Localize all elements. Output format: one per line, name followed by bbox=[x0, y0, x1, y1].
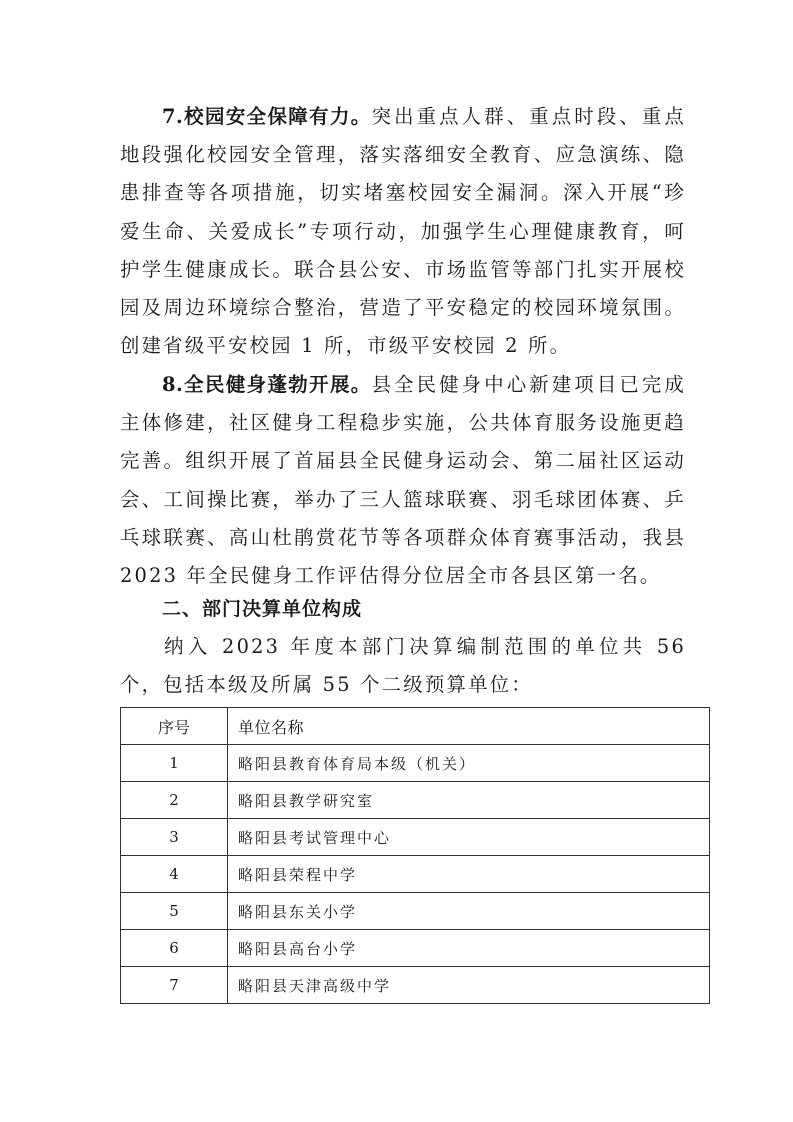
table-row: 1 略阳县教育体育局本级（机关） bbox=[121, 745, 710, 782]
cell-index: 5 bbox=[121, 893, 228, 930]
cell-unit-name: 略阳县教育体育局本级（机关） bbox=[228, 745, 710, 782]
cell-index: 6 bbox=[121, 930, 228, 967]
paragraph-campus-safety: 7.校园安全保障有力。突出重点人群、重点时段、重点地段强化校园安全管理，落实落细… bbox=[120, 98, 686, 365]
section-heading: 二、部门决算单位构成 bbox=[162, 594, 362, 621]
paragraph-title: 8.全民健身蓬勃开展。 bbox=[162, 373, 372, 396]
table-row: 7 略阳县天津高级中学 bbox=[121, 967, 710, 1004]
paragraph-title: 7.校园安全保障有力。 bbox=[162, 105, 372, 128]
document-page: 7.校园安全保障有力。突出重点人群、重点时段、重点地段强化校园安全管理，落实落细… bbox=[0, 0, 793, 1122]
cell-index: 4 bbox=[121, 856, 228, 893]
table-row: 2 略阳县教学研究室 bbox=[121, 782, 710, 819]
header-index: 序号 bbox=[121, 708, 228, 745]
paragraph-intro: 纳入 2023 年度本部门决算编制范围的单位共 56 个，包括本级及所属 55 … bbox=[120, 628, 686, 704]
table-row: 4 略阳县荣程中学 bbox=[121, 856, 710, 893]
cell-unit-name: 略阳县考试管理中心 bbox=[228, 819, 710, 856]
table-header-row: 序号 单位名称 bbox=[121, 708, 710, 745]
header-unit-name: 单位名称 bbox=[228, 708, 710, 745]
intro-text: 纳入 2023 年度本部门决算编制范围的单位共 56 个，包括本级及所属 55 … bbox=[120, 635, 686, 696]
paragraph-national-fitness: 8.全民健身蓬勃开展。县全民健身中心新建项目已完成主体修建，社区健身工程稳步实施… bbox=[120, 366, 686, 595]
paragraph-body: 突出重点人群、重点时段、重点地段强化校园安全管理，落实落细安全教育、应急演练、隐… bbox=[120, 105, 686, 357]
paragraph-body: 县全民健身中心新建项目已完成主体修建，社区健身工程稳步实施，公共体育服务设施更趋… bbox=[120, 373, 686, 587]
cell-index: 2 bbox=[121, 782, 228, 819]
cell-unit-name: 略阳县高台小学 bbox=[228, 930, 710, 967]
cell-index: 7 bbox=[121, 967, 228, 1004]
units-table: 序号 单位名称 1 略阳县教育体育局本级（机关） 2 略阳县教学研究室 3 略阳… bbox=[120, 707, 710, 1004]
cell-unit-name: 略阳县教学研究室 bbox=[228, 782, 710, 819]
cell-index: 1 bbox=[121, 745, 228, 782]
table-row: 3 略阳县考试管理中心 bbox=[121, 819, 710, 856]
cell-index: 3 bbox=[121, 819, 228, 856]
table-row: 6 略阳县高台小学 bbox=[121, 930, 710, 967]
table-row: 5 略阳县东关小学 bbox=[121, 893, 710, 930]
cell-unit-name: 略阳县天津高级中学 bbox=[228, 967, 710, 1004]
cell-unit-name: 略阳县荣程中学 bbox=[228, 856, 710, 893]
cell-unit-name: 略阳县东关小学 bbox=[228, 893, 710, 930]
